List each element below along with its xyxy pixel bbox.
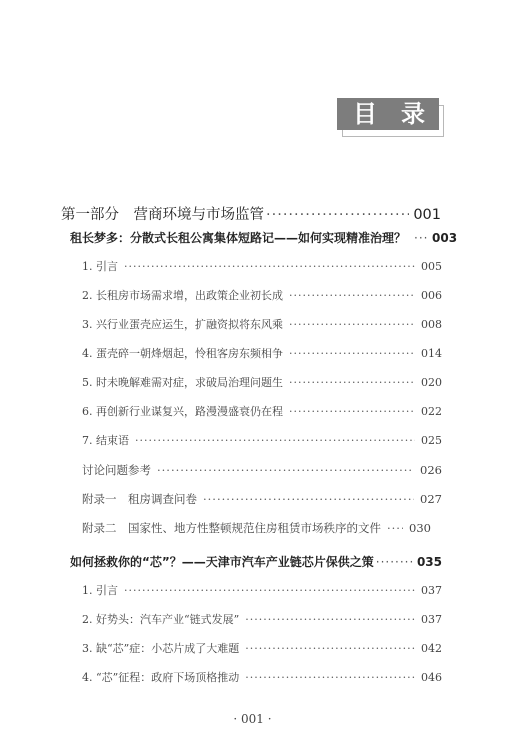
leader-dots <box>414 231 428 245</box>
entry-page: 046 <box>421 671 442 684</box>
leader-dots <box>289 289 415 302</box>
toc-title: 目 录 <box>337 98 439 130</box>
toc-entry[interactable]: 附录二 国家性、地方性整顿规范住房租赁市场秩序的文件 030 <box>82 520 442 536</box>
toc-entry[interactable]: 4. “芯”征程：政府下场顶格推动 046 <box>82 669 442 685</box>
entry-label: 附录一 租房调查问卷 <box>82 491 197 507</box>
entry-label: 附录二 国家性、地方性整顿规范住房租赁市场秩序的文件 <box>82 520 381 536</box>
entry-page: 020 <box>421 376 442 389</box>
entry-page: 025 <box>421 434 442 447</box>
leader-dots <box>245 642 415 655</box>
leader-dots <box>245 613 415 626</box>
entry-label: 2. 好势头：汽车产业“链式发展” <box>82 611 239 627</box>
leader-dots <box>157 463 414 477</box>
leader-dots <box>266 207 409 223</box>
entry-page: 042 <box>421 642 442 655</box>
toc-entry[interactable]: 1. 引言 037 <box>82 582 442 598</box>
toc-entry[interactable]: 6. 再创新行业谋复兴，路漫漫盛衰仍在程 022 <box>82 403 442 419</box>
entry-label: 2. 长租房市场需求增，出政策企业初长成 <box>82 287 283 303</box>
page-number: · 001 · <box>0 712 505 726</box>
toc-entry[interactable]: 2. 长租房市场需求增，出政策企业初长成 006 <box>82 287 442 303</box>
entry-label: 1. 引言 <box>82 258 118 274</box>
leader-dots <box>124 260 415 273</box>
leader-dots <box>387 521 403 535</box>
entry-label: 讨论问题参考 <box>82 462 151 478</box>
entry-page: 037 <box>421 584 442 597</box>
entry-label: 7. 结束语 <box>82 432 129 448</box>
entry-page: 006 <box>421 289 442 302</box>
toc-entry[interactable]: 2. 好势头：汽车产业“链式发展” 037 <box>82 611 442 627</box>
entry-label: 5. 时未晚解难需对症，求破局治理问题生 <box>82 374 283 390</box>
entry-label: 1. 引言 <box>82 582 118 598</box>
chapter-label: 如何拯救你的“芯”？——天津市汽车产业链芯片保供之策 <box>70 553 374 570</box>
leader-dots <box>289 347 415 360</box>
leader-dots <box>135 434 415 447</box>
entry-label: 6. 再创新行业谋复兴，路漫漫盛衰仍在程 <box>82 403 283 419</box>
entry-label: 4. 蛋壳碎一朝烽烟起，怜租客房东频相争 <box>82 345 283 361</box>
part-label: 第一部分 营商环境与市场监管 <box>61 203 264 224</box>
leader-dots <box>376 555 414 569</box>
toc-entry[interactable]: 附录一 租房调查问卷 027 <box>82 491 442 507</box>
entry-label: 3. 兴行业蛋壳应运生，扩融资拟将东风乘 <box>82 316 283 332</box>
toc-entry[interactable]: 4. 蛋壳碎一朝烽烟起，怜租客房东频相争 014 <box>82 345 442 361</box>
toc-entry[interactable]: 1. 引言 005 <box>82 258 442 274</box>
entry-page: 022 <box>421 405 442 418</box>
title-char-2: 录 <box>401 98 425 130</box>
leader-dots <box>245 671 415 684</box>
chapter-page: 003 <box>432 231 457 245</box>
toc-entry[interactable]: 3. 兴行业蛋壳应运生，扩融资拟将东风乘 008 <box>82 316 442 332</box>
toc-chapter-1[interactable]: 租长梦多：分散式长租公寓集体短路记——如何实现精准治理？ 003 <box>70 229 442 246</box>
leader-dots <box>124 584 415 597</box>
toc-entry[interactable]: 3. 缺“芯”症：小芯片成了大难题 042 <box>82 640 442 656</box>
entry-page: 005 <box>421 260 442 273</box>
toc-entry[interactable]: 讨论问题参考 026 <box>82 462 442 478</box>
toc-entry[interactable]: 5. 时未晚解难需对症，求破局治理问题生 020 <box>82 374 442 390</box>
toc-entry[interactable]: 7. 结束语 025 <box>82 432 442 448</box>
chapter-page: 035 <box>417 555 442 569</box>
entry-page: 008 <box>421 318 442 331</box>
chapter-label: 租长梦多：分散式长租公寓集体短路记——如何实现精准治理？ <box>70 229 406 246</box>
leader-dots <box>289 318 415 331</box>
entry-label: 3. 缺“芯”症：小芯片成了大难题 <box>82 640 239 656</box>
toc-title-block: 目 录 <box>337 98 439 130</box>
toc-part-1[interactable]: 第一部分 营商环境与市场监管 001 <box>61 203 441 224</box>
part-page: 001 <box>413 207 441 223</box>
entry-page: 014 <box>421 347 442 360</box>
leader-dots <box>289 376 415 389</box>
entry-page: 027 <box>420 492 442 506</box>
entry-page: 026 <box>420 463 442 477</box>
entry-page: 030 <box>409 521 431 535</box>
title-char-1: 目 <box>353 98 377 130</box>
leader-dots <box>203 492 414 506</box>
entry-page: 037 <box>421 613 442 626</box>
leader-dots <box>289 405 415 418</box>
entry-label: 4. “芯”征程：政府下场顶格推动 <box>82 669 239 685</box>
toc-chapter-2[interactable]: 如何拯救你的“芯”？——天津市汽车产业链芯片保供之策 035 <box>70 553 442 570</box>
